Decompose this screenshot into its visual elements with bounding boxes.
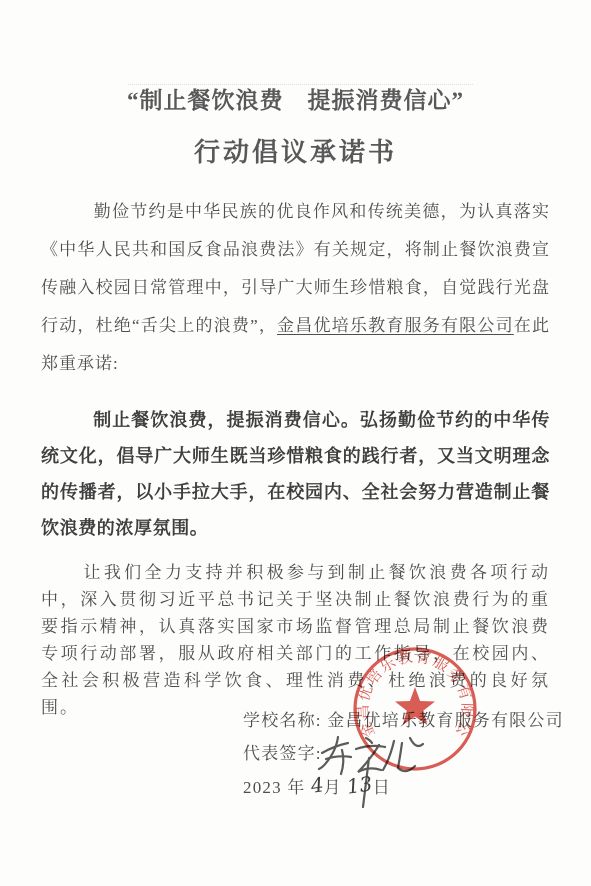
document-title-line1: “制止餐饮浪费 提振消费信心” <box>41 87 550 115</box>
company-name-underlined: 金昌优培乐教育服务有限公司 <box>277 316 514 335</box>
date-year: 2023 年 <box>243 778 305 797</box>
scanned-pledge-document: “制止餐饮浪费 提振消费信心” 行动倡议承诺书 勤俭节约是中华民族的优良作风和传… <box>0 0 591 886</box>
paragraph-pledge: 制止餐饮浪费，提振消费信心。弘扬勤俭节约的中华传统文化，倡导广大师生既当珍惜粮食… <box>41 402 550 546</box>
pledge-lead-phrase: 制止餐饮浪费，提振消费信心。 <box>93 410 360 430</box>
seal-text: 金昌优培乐教育服务有限公司 <box>350 644 475 740</box>
company-seal-stamp: 金昌优培乐教育服务有限公司 <box>350 644 480 774</box>
document-title-line2: 行动倡议承诺书 <box>41 138 550 168</box>
signature-label: 代表签字: <box>243 744 322 763</box>
seal-star <box>395 687 435 725</box>
document-content: “制止餐饮浪费 提振消费信心” 行动倡议承诺书 勤俭节约是中华民族的优良作风和传… <box>41 0 550 721</box>
school-name-label: 学校名称: <box>243 711 322 730</box>
paragraph-intro: 勤俭节约是中华民族的优良作风和传统美德，为认真落实《中华人民共和国反食品浪费法》… <box>41 193 550 383</box>
